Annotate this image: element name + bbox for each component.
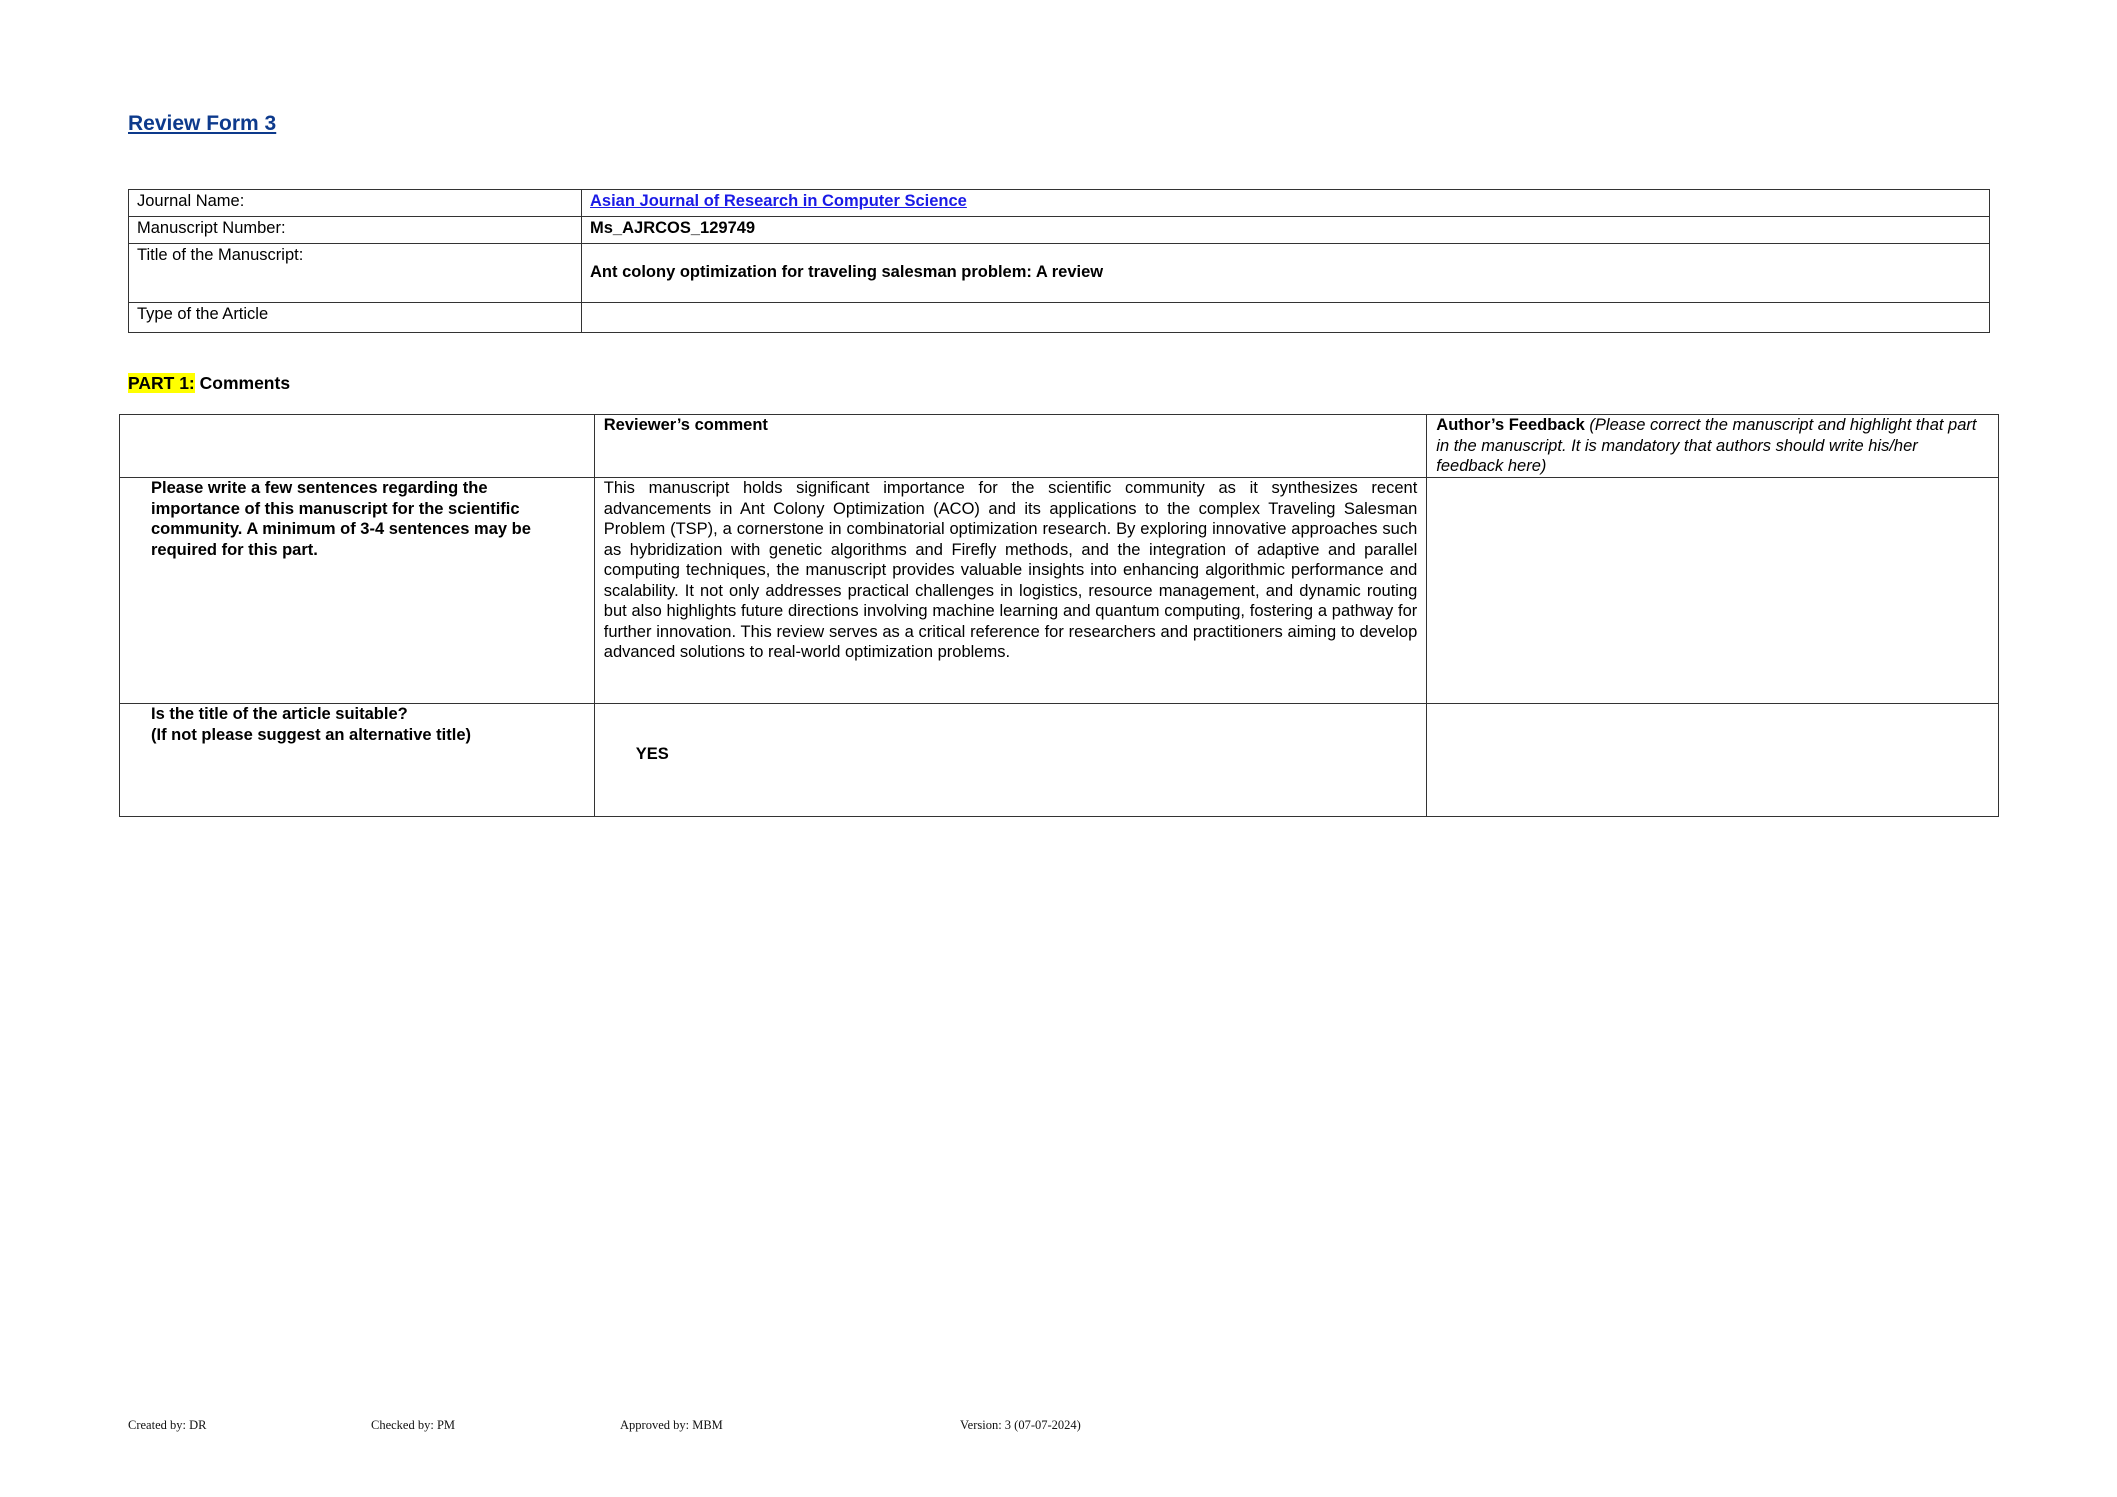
manuscript-number-value: Ms_AJRCOS_129749 [582,217,1990,244]
question-title-line1: Is the title of the article suitable? [151,704,580,725]
part1-heading-text: Comments [195,373,290,393]
question-title-line2: (If not please suggest an alternative ti… [151,725,580,746]
journal-name-value-cell: Asian Journal of Research in Computer Sc… [582,190,1990,217]
journal-name-label: Journal Name: [129,190,582,217]
header-empty-cell [120,415,595,478]
info-row-title: Title of the Manuscript: Ant colony opti… [129,244,1990,303]
footer-checked-by: Checked by: PM [371,1418,455,1433]
manuscript-number-label: Manuscript Number: [129,217,582,244]
author-feedback-importance[interactable] [1427,478,1999,704]
author-feedback-header-title: Author’s Feedback [1436,416,1585,434]
table-row: Please write a few sentences regarding t… [120,478,1999,704]
manuscript-info-table: Journal Name: Asian Journal of Research … [128,189,1990,333]
journal-name-link[interactable]: Asian Journal of Research in Computer Sc… [590,192,967,210]
info-row-manuscript-number: Manuscript Number: Ms_AJRCOS_129749 [129,217,1990,244]
manuscript-title-label: Title of the Manuscript: [129,244,582,303]
comments-header-row: Reviewer’s comment Author’s Feedback (Pl… [120,415,1999,478]
footer-version: Version: 3 (07-07-2024) [960,1418,1081,1433]
question-importance: Please write a few sentences regarding t… [120,478,595,704]
author-feedback-title[interactable] [1427,704,1999,817]
author-feedback-header: Author’s Feedback (Please correct the ma… [1427,415,1999,478]
reviewer-comment-importance[interactable]: This manuscript holds significant import… [594,478,1427,704]
part1-highlight: PART 1: [128,373,195,393]
comments-table: Reviewer’s comment Author’s Feedback (Pl… [119,414,1999,817]
article-type-value [582,303,1990,333]
info-row-article-type: Type of the Article [129,303,1990,333]
part1-heading: PART 1: Comments [128,373,290,394]
manuscript-title-value-cell: Ant colony optimization for traveling sa… [582,244,1990,303]
info-row-journal: Journal Name: Asian Journal of Research … [129,190,1990,217]
reviewer-comment-title-cell[interactable]: YES [594,704,1427,817]
footer-created-by: Created by: DR [128,1418,206,1433]
manuscript-title-value: Ant colony optimization for traveling sa… [590,244,1103,283]
reviewer-comment-title-answer: YES [636,744,669,765]
table-row: Is the title of the article suitable? (I… [120,704,1999,817]
article-type-label: Type of the Article [129,303,582,333]
reviewer-comment-header: Reviewer’s comment [594,415,1427,478]
question-title-suitable: Is the title of the article suitable? (I… [120,704,595,817]
footer-approved-by: Approved by: MBM [620,1418,723,1433]
form-title[interactable]: Review Form 3 [128,112,276,136]
